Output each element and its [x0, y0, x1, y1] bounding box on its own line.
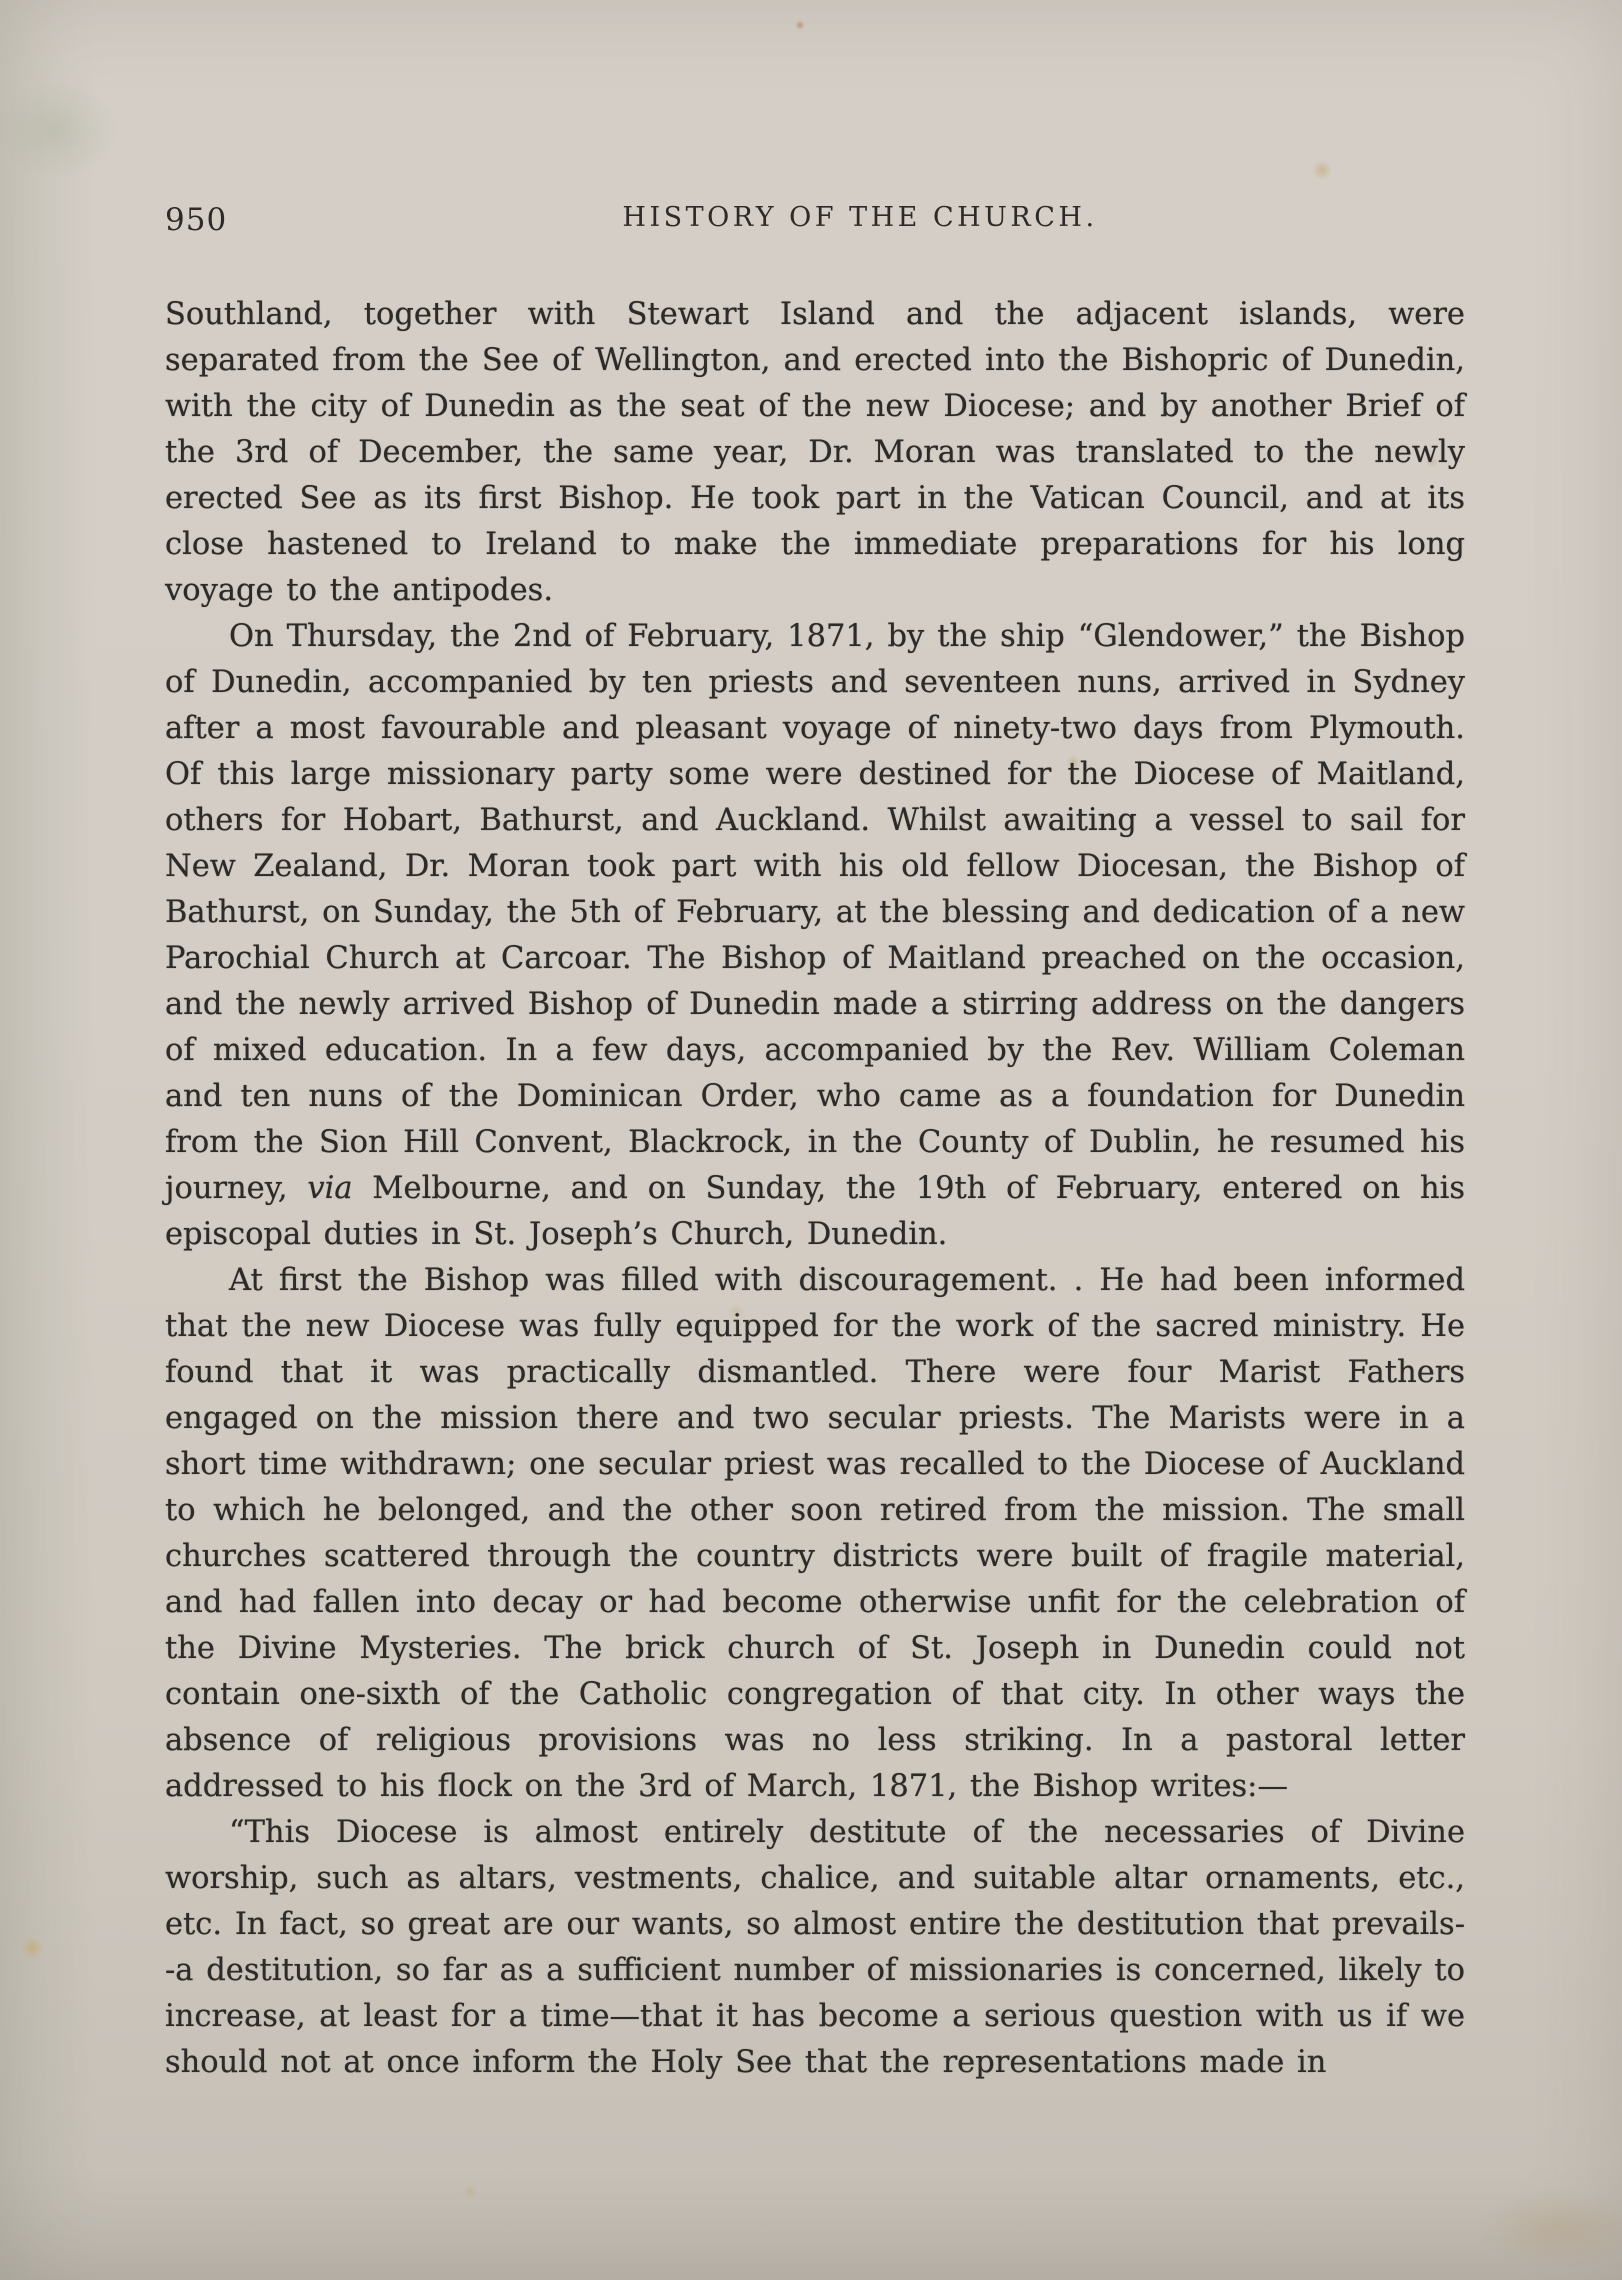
running-title: HISTORY OF THE CHURCH. [210, 202, 1510, 233]
paragraph-continuation: Southland, together with Stewart Island … [165, 292, 1465, 614]
page-body: Southland, together with Stewart Island … [165, 292, 1465, 2086]
book-page-scan: 950 HISTORY OF THE CHURCH. Southland, to… [0, 0, 1622, 2280]
paragraph-voyage-text-1: On Thursday, the 2nd of February, 1871, … [165, 619, 1465, 1206]
paragraph-voyage-italic-via: via [307, 1171, 352, 1206]
running-head: 950 HISTORY OF THE CHURCH. [165, 202, 1465, 250]
paragraph-voyage-text-2: Melbourne, and on Sunday, the 19th of Fe… [165, 1171, 1465, 1252]
text-column: 950 HISTORY OF THE CHURCH. Southland, to… [165, 202, 1465, 2086]
paragraph-voyage: On Thursday, the 2nd of February, 1871, … [165, 614, 1465, 1258]
paragraph-discouragement: At first the Bishop was filled with disc… [165, 1258, 1465, 1810]
paragraph-pastoral-quote: “This Diocese is almost entirely destitu… [165, 1810, 1465, 2086]
